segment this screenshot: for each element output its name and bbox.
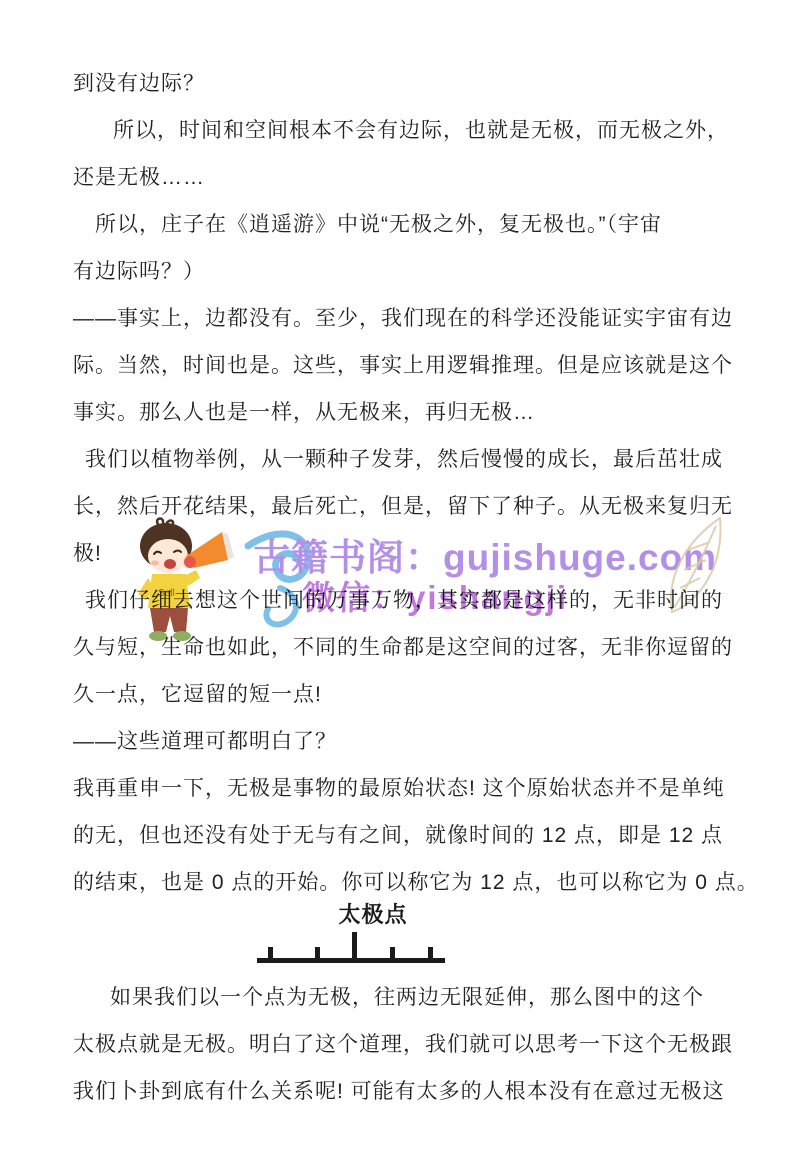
text-line: 我们卜卦到底有什么关系呢! 可能有太多的人根本没有在意过无极这 [73,1078,748,1106]
text-line: 太极点就是无极。明白了这个道理，我们就可以思考一下这个无极跟 [73,1031,748,1059]
taiji-axis-diagram [257,930,445,963]
text-line: 所以，时间和空间根本不会有边际，也就是无极，而无极之外， [73,117,748,145]
axis-center-tick [352,932,357,959]
cheering-kid-with-megaphone-icon: Sell [130,516,340,644]
text-line: 我再重申一下，无极是事物的最原始状态! 这个原始状态并不是单纯 [73,775,748,803]
text-line: 极! [73,540,748,568]
text-line: 我们以植物举例，从一颗种子发芽，然后慢慢的成长，最后茁壮成 [73,446,748,474]
text-line: 际。当然，时间也是。这些，事实上用逻辑推理。但是应该就是这个 [73,352,748,380]
text-line: 的结束，也是 0 点的开始。你可以称它为 12 点，也可以称它为 0 点。 [73,869,748,897]
text-line: 的无，但也还没有处于无与有之间，就像时间的 12 点，即是 12 点 [73,822,748,850]
text-line: 长，然后开花结果，最后死亡，但是，留下了种子。从无极来复归无 [73,493,748,521]
text-line: ——这些道理可都明白了？ [73,728,748,756]
text-line: 久与短，生命也如此，不同的生命都是这空间的过客，无非你逗留的 [73,634,748,662]
text-line: 我们仔细去想这个世间的万事万物，其实都是这样的，无非时间的 [73,587,748,615]
text-line: 事实。那么人也是一样，从无极来，再归无极… [73,399,748,427]
document-page: 到没有边际？ 所以，时间和空间根本不会有边际，也就是无极，而无极之外， 还是无极… [0,0,802,1153]
text-line: ——事实上，边都没有。至少，我们现在的科学还没能证实宇宙有边 [73,305,748,333]
text-line: 所以，庄子在《逍遥游》中说“无极之外，复无极也。”（宇宙 [73,211,748,239]
text-line: 久一点，它逗留的短一点! [73,681,748,709]
text-line: 有边际吗？） [73,258,748,286]
text-line: 还是无极…… [73,164,748,192]
text-line: 如果我们以一个点为无极，往两边无限延伸，那么图中的这个 [73,984,748,1012]
text-line: 到没有边际？ [73,70,748,98]
axis-baseline [257,958,445,963]
diagram-label: 太极点 [313,898,433,929]
